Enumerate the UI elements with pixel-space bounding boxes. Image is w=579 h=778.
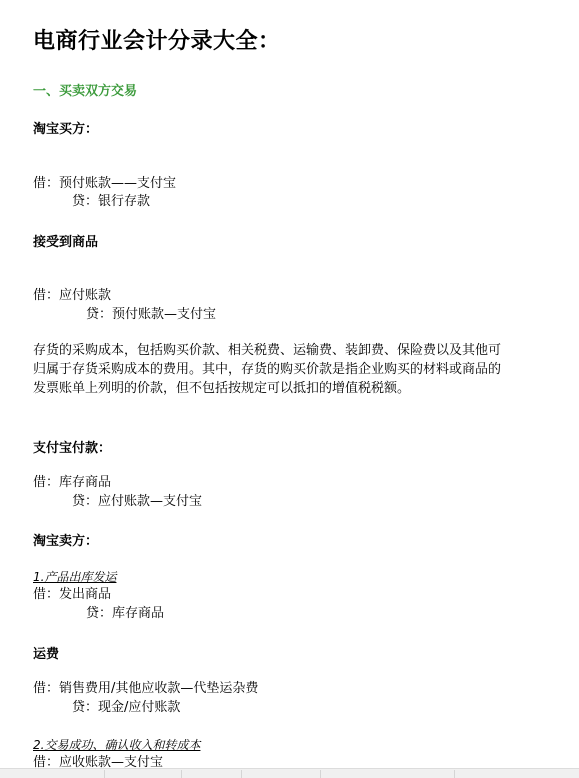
alipay-debit-entry: 借：库存商品 <box>33 473 111 492</box>
receive-credit-entry: 贷：预付账款—支付宝 <box>86 305 216 324</box>
freight-debit-entry: 借：销售费用/其他应收款—代垫运杂费 <box>33 679 258 698</box>
seller-heading: 淘宝卖方： <box>33 530 98 549</box>
section-heading: 一、买卖双方交易 <box>33 80 137 99</box>
status-bar <box>0 768 579 778</box>
completion-debit-entry: 借：应收账款—支付宝 <box>33 753 163 768</box>
receive-debit-entry: 借：应付账款 <box>33 286 111 305</box>
paragraph-line: 归属于存货采购成本的费用。其中，存货的购买价款是指企业购买的材料或商品的 <box>33 360 543 379</box>
seller-credit-entry: 贷：库存商品 <box>86 604 164 623</box>
status-bar-divider <box>181 770 182 778</box>
inventory-cost-paragraph: 存货的采购成本，包括购买价款、相关税费、运输费、装卸费、保险费以及其他可 归属于… <box>33 341 543 398</box>
status-bar-divider <box>104 770 105 778</box>
document-title: 电商行业会计分录大全： <box>33 24 281 55</box>
step-1-label: 1.产品出库发运 <box>33 568 116 585</box>
freight-heading: 运费 <box>33 643 59 662</box>
document-page: 电商行业会计分录大全： 一、买卖双方交易 淘宝买方： 借：预付账款——支付宝 贷… <box>0 0 579 768</box>
alipay-credit-entry: 贷：应付账款—支付宝 <box>72 492 202 511</box>
seller-debit-entry: 借：发出商品 <box>33 585 111 604</box>
paragraph-line: 存货的采购成本，包括购买价款、相关税费、运输费、装卸费、保险费以及其他可 <box>33 341 543 360</box>
buyer-debit-entry: 借：预付账款——支付宝 <box>33 174 176 193</box>
alipay-payment-heading: 支付宝付款： <box>33 437 111 456</box>
status-bar-divider <box>454 770 455 778</box>
step-2-label: 2.交易成功、确认收入和转成本 <box>33 736 200 753</box>
buyer-credit-entry: 贷：银行存款 <box>72 192 150 211</box>
freight-credit-entry: 贷：现金/应付账款 <box>72 698 180 717</box>
status-bar-divider <box>320 770 321 778</box>
status-bar-divider <box>241 770 242 778</box>
buyer-heading: 淘宝买方： <box>33 118 98 137</box>
paragraph-line: 发票账单上列明的价款，但不包括按规定可以抵扣的增值税税额。 <box>33 379 543 398</box>
receive-goods-heading: 接受到商品 <box>33 231 98 250</box>
